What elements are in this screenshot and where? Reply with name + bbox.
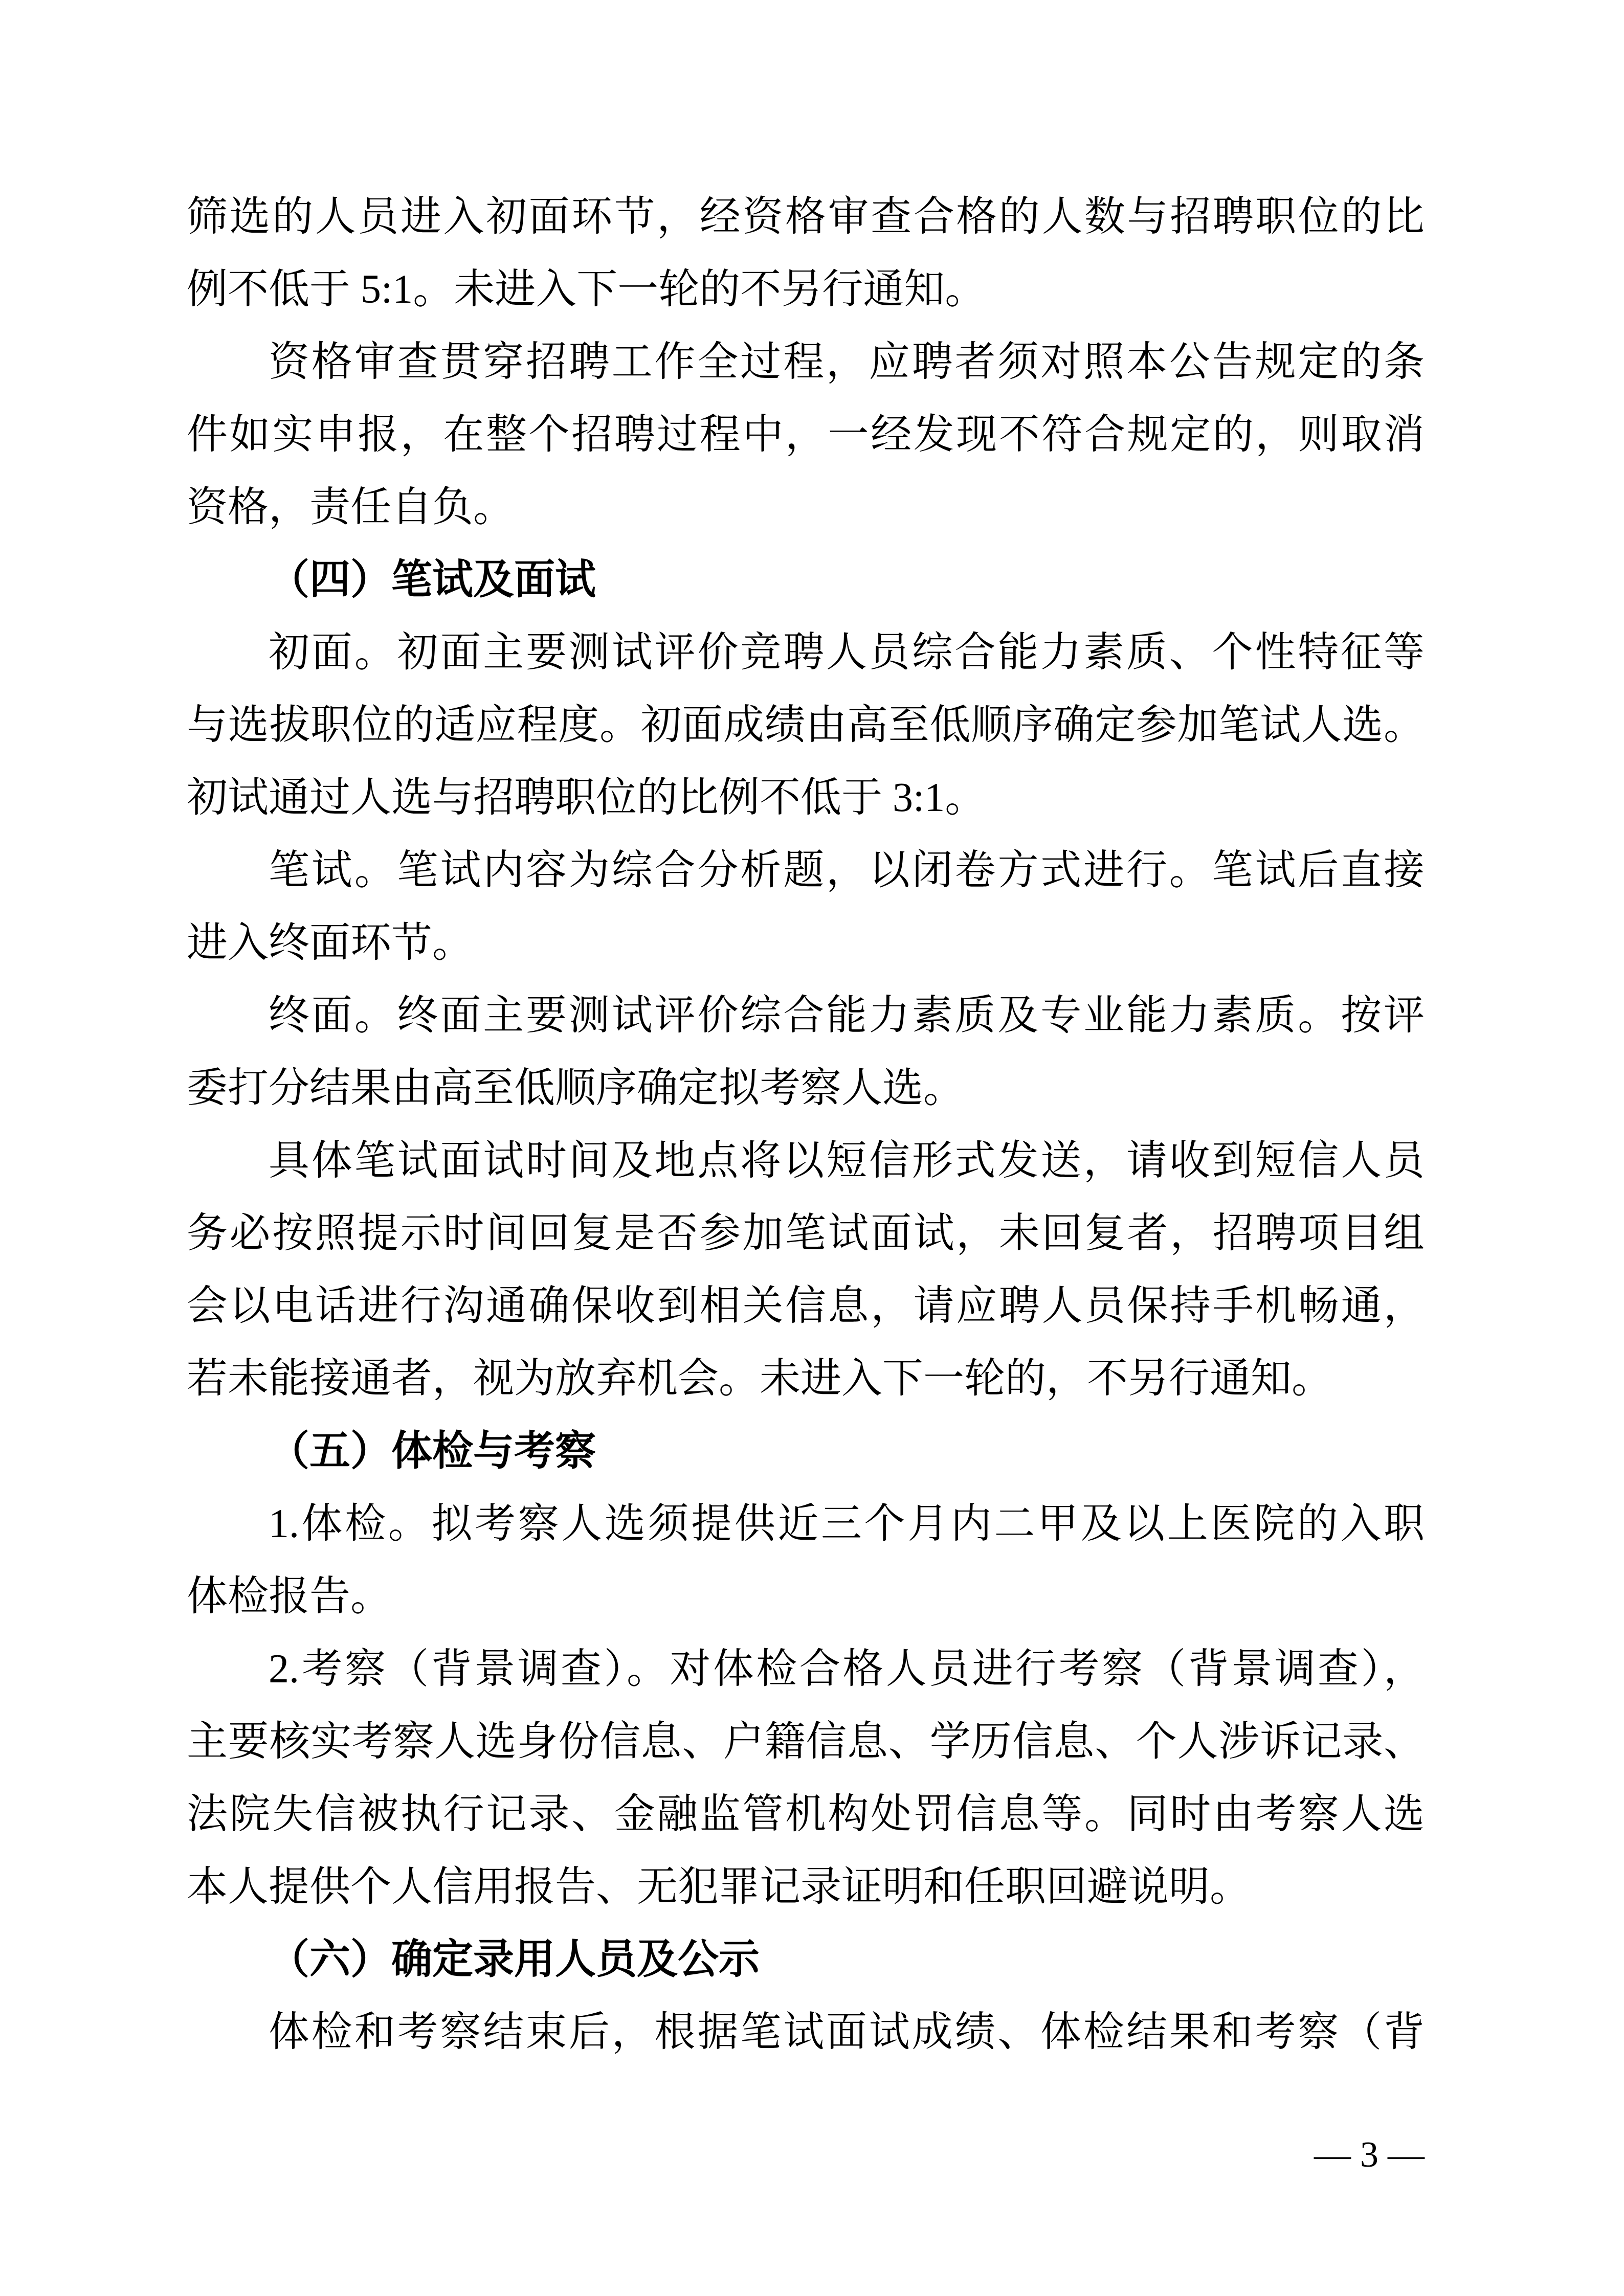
- body-line: 与选拔职位的适应程度。初面成绩由高至低顺序确定参加笔试人选。: [187, 689, 1425, 761]
- body-line: 资格，责任自负。: [187, 471, 1425, 544]
- body-line: 终面。终面主要测试评价综合能力素质及专业能力素质。按评: [187, 979, 1425, 1052]
- body-line: 主要核实考察人选身份信息、户籍信息、学历信息、个人涉诉记录、: [187, 1705, 1425, 1778]
- body-line: 初面。初面主要测试评价竞聘人员综合能力素质、个性特征等: [187, 616, 1425, 689]
- body-line: 进入终面环节。: [187, 907, 1425, 979]
- body-line: 法院失信被执行记录、金融监管机构处罚信息等。同时由考察人选: [187, 1778, 1425, 1851]
- body-line: 本人提供个人信用报告、无犯罪记录证明和任职回避说明。: [187, 1851, 1425, 1923]
- document-body: 筛选的人员进入初面环节，经资格审查合格的人数与招聘职位的比 例不低于 5:1。未…: [187, 181, 1425, 2068]
- document-page: 筛选的人员进入初面环节，经资格审查合格的人数与招聘职位的比 例不低于 5:1。未…: [0, 0, 1624, 2296]
- body-line: 笔试。笔试内容为综合分析题，以闭卷方式进行。笔试后直接: [187, 834, 1425, 907]
- body-line: 筛选的人员进入初面环节，经资格审查合格的人数与招聘职位的比: [187, 181, 1425, 253]
- page-number: — 3 —: [187, 2126, 1425, 2182]
- body-line: 体检和考察结束后，根据笔试面试成绩、体检结果和考察（背: [187, 1996, 1425, 2068]
- body-line: 初试通过人选与招聘职位的比例不低于 3:1。: [187, 761, 1425, 834]
- body-line: 1.体检。拟考察人选须提供近三个月内二甲及以上医院的入职: [187, 1488, 1425, 1560]
- section-heading: （四）笔试及面试: [187, 544, 1425, 616]
- body-line: 委打分结果由高至低顺序确定拟考察人选。: [187, 1052, 1425, 1124]
- body-line: 若未能接通者，视为放弃机会。未进入下一轮的，不另行通知。: [187, 1342, 1425, 1415]
- body-line: 体检报告。: [187, 1560, 1425, 1633]
- section-heading: （六）确定录用人员及公示: [187, 1923, 1425, 1996]
- body-line: 资格审查贯穿招聘工作全过程，应聘者须对照本公告规定的条: [187, 326, 1425, 398]
- body-line: 件如实申报，在整个招聘过程中，一经发现不符合规定的，则取消: [187, 398, 1425, 471]
- body-line: 会以电话进行沟通确保收到相关信息，请应聘人员保持手机畅通，: [187, 1270, 1425, 1342]
- body-line: 具体笔试面试时间及地点将以短信形式发送，请收到短信人员: [187, 1124, 1425, 1197]
- body-line: 例不低于 5:1。未进入下一轮的不另行通知。: [187, 253, 1425, 326]
- body-line: 2.考察（背景调查）。对体检合格人员进行考察（背景调查），: [187, 1633, 1425, 1705]
- section-heading: （五）体检与考察: [187, 1415, 1425, 1488]
- body-line: 务必按照提示时间回复是否参加笔试面试，未回复者，招聘项目组: [187, 1197, 1425, 1270]
